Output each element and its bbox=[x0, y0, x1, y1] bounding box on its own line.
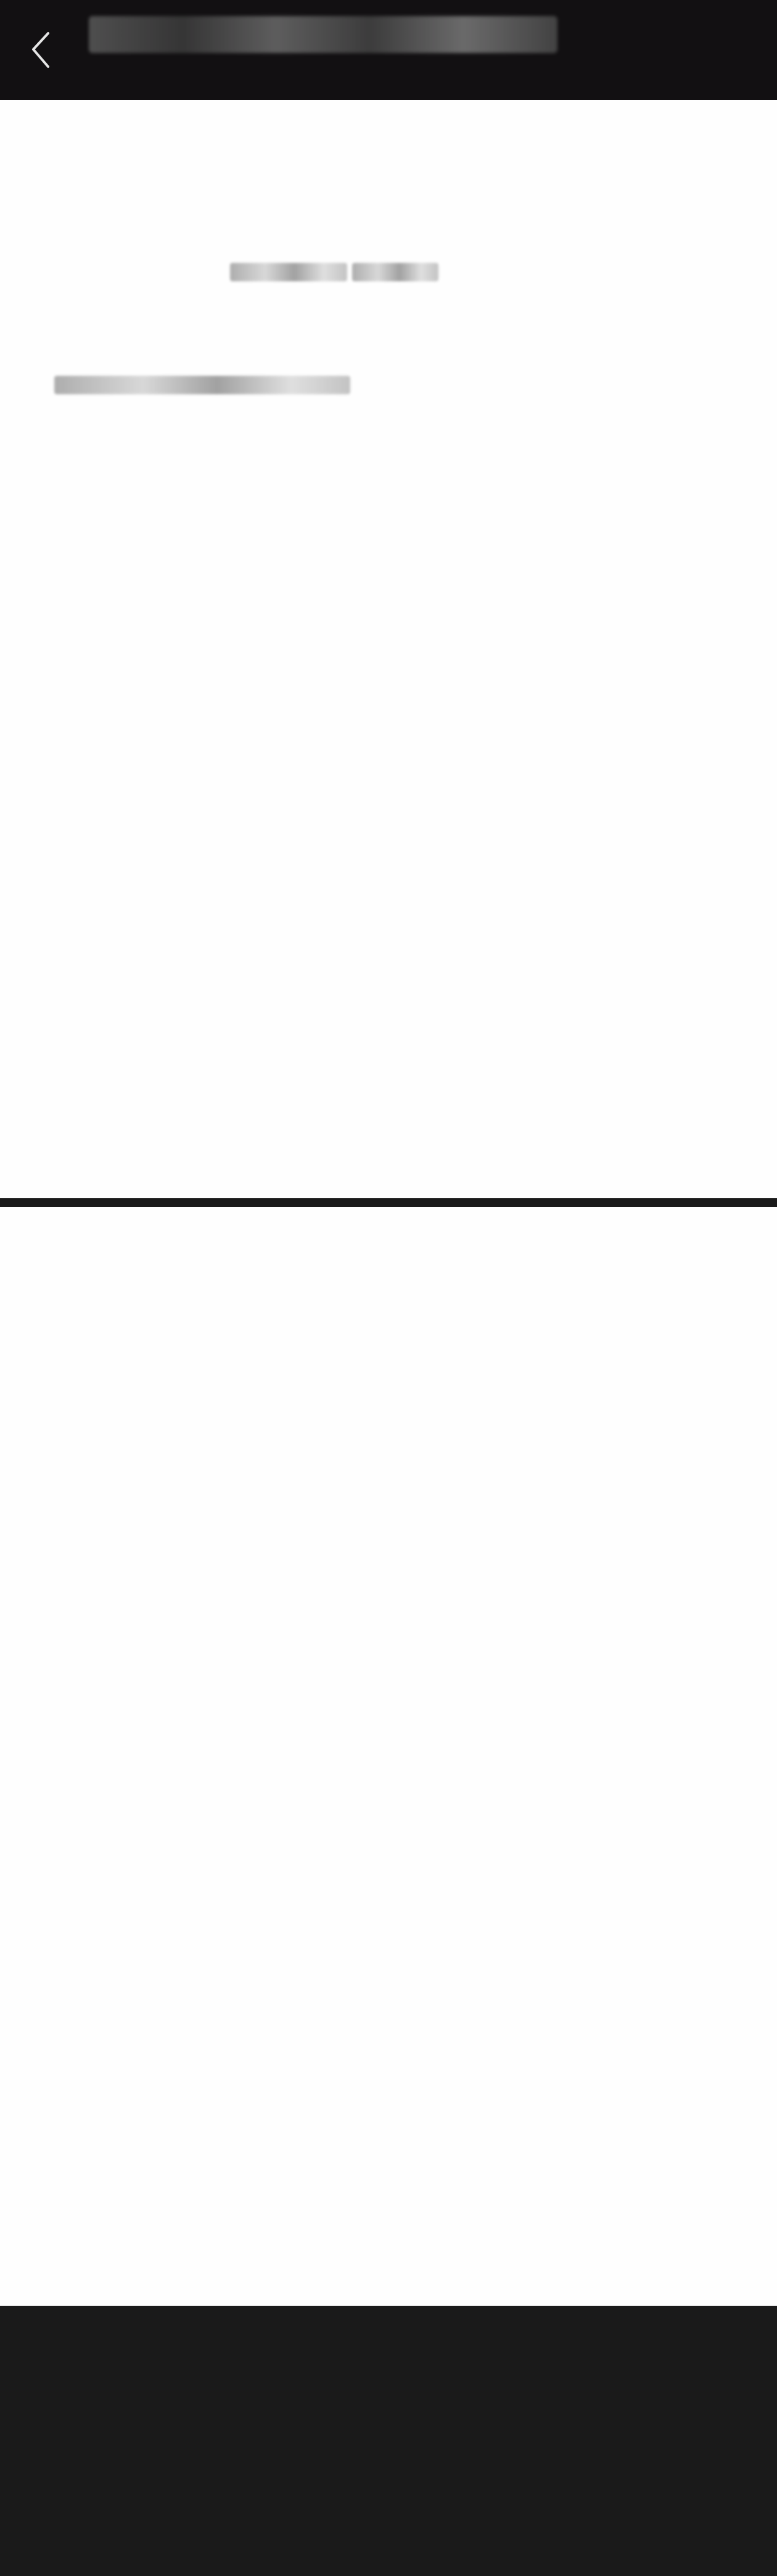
party-b bbox=[54, 375, 350, 394]
order-number bbox=[230, 262, 438, 281]
document-page-2 bbox=[0, 1207, 777, 2306]
redacted-filename bbox=[89, 16, 557, 53]
file-name bbox=[85, 12, 561, 53]
document-page-1 bbox=[0, 100, 777, 1198]
back-button[interactable] bbox=[25, 25, 62, 74]
app-header bbox=[0, 0, 777, 100]
chevron-left-icon bbox=[25, 25, 62, 74]
page-separator bbox=[0, 1198, 777, 1207]
